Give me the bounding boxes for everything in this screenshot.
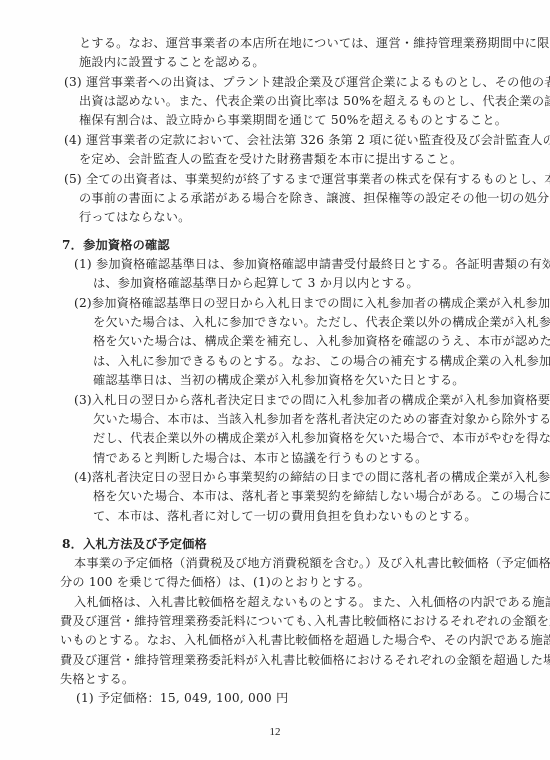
document-page: とする。なお、運営事業者の本店所在地については、運営・維持管理業務期間中に限り本… [0,0,550,760]
paragraph-line: 情であると判断した場合は、本市と協議を行うものとする。 [93,450,427,466]
paragraph-line: 確認基準日は、当初の構成企業が入札参加資格を欠いた日とする。 [93,372,465,388]
paragraph-line: 分の 100 を乗じて得た価格）は、(1)のとおりとする。 [60,574,370,590]
paragraph-line: は、参加資格確認基準日から起算して 3 か月以内とする。 [93,275,419,291]
paragraph-line: (4) 運営事業者の定款において、会社法第 326 条第 2 項に従い監査役及び… [64,132,550,148]
paragraph-line: 行ってはならない。 [79,209,191,225]
planned-price: 予定価格：15, 049, 100, 000 円 [98,690,288,706]
paragraph-line: 権保有割合は、設立時から事業期間を通じて 50%を超えるものとすること。 [79,112,507,128]
paragraph-line: (1) 参加資格確認基準日は、参加資格確認申請書受付最終日とする。各証明書類の有… [74,256,550,272]
paragraph-line: (2)参加資格確認基準日の翌日から入札日までの間に入札参加者の構成企業が入札参加… [74,295,550,311]
paragraph-line: 費及び運営・維持管理業務委託料が入札書比較価格におけるそれぞれの金額を超過した場… [60,652,550,668]
paragraph-line: (5) 全ての出資者は、事業契約が終了するまで運営事業者の株式を保有するものとし… [64,171,550,187]
paragraph-line: 本事業の予定価格（消費税及び地方消費税額を含む。）及び入札書比較価格（予定価格に… [74,555,550,571]
paragraph-line: (4)落札者決定日の翌日から事業契約の締結の日までの間に落札者の構成企業が入札参… [74,469,550,485]
page-number: 12 [0,726,550,738]
paragraph-line: は、入札に参加できるものとする。なお、この場合の補充する構成企業の入札参加資格 [93,353,550,369]
paragraph-line: て、本市は、落札者に対して一切の費用負担を負わないものとする。 [93,508,477,524]
paragraph-line: だし、代表企業以外の構成企業が入札参加資格を欠いた場合で、本市がやむを得ない事 [93,430,550,446]
paragraph-line: を欠いた場合は、入札に参加できない。ただし、代表企業以外の構成企業が入札参加資 [93,314,550,330]
section-heading-7: 7．参加資格の確認 [62,237,170,253]
section-heading-8: 8．入札方法及び予定価格 [62,536,207,552]
paragraph-line: の事前の書面による承諾がある場合を除き、譲渡、担保権等の設定その他一切の処分を [79,190,550,206]
paragraph-line: 入札価格は、入札書比較価格を超えないものとする。また、入札価格の内訳である施設建… [74,594,550,610]
paragraph-line: 失格とする。 [60,671,134,687]
paragraph-line: 欠いた場合、本市は、当該入札参加者を落札者決定のための審査対象から除外する。た [93,411,550,427]
price-item-label: (1) [76,690,94,706]
paragraph-line: 出資は認めない。また、代表企業の出資比率は 50%を超えるものとし、代表企業の議… [79,93,550,109]
paragraph-line: いものとする。なお、入札価格が入札書比較価格を超過した場合や、その内訳である施設… [60,632,550,648]
paragraph-line: (3) 運営事業者への出資は、プラント建設企業及び運営企業によるものとし、その他… [64,74,550,90]
paragraph-line: 格を欠いた場合、本市は、落札者と事業契約を締結しない場合がある。この場合におい [93,488,550,504]
paragraph-line: とする。なお、運営事業者の本店所在地については、運営・維持管理業務期間中に限り本 [79,35,550,51]
paragraph-line: 格を欠いた場合は、構成企業を補充し、入札参加資格を確認のうえ、本市が認めた場合 [93,333,550,349]
paragraph-line: 費及び運営・維持管理業務委託料についても､入札書比較価格におけるそれぞれの金額を… [60,613,550,629]
paragraph-line: (3)入札日の翌日から落札者決定日までの間に入札参加者の構成企業が入札参加資格要… [74,392,550,408]
paragraph-line: を定め、会計監査人の監査を受けた財務書類を本市に提出すること。 [79,151,463,167]
paragraph-line: 施設内に設置することを認める。 [79,54,265,70]
